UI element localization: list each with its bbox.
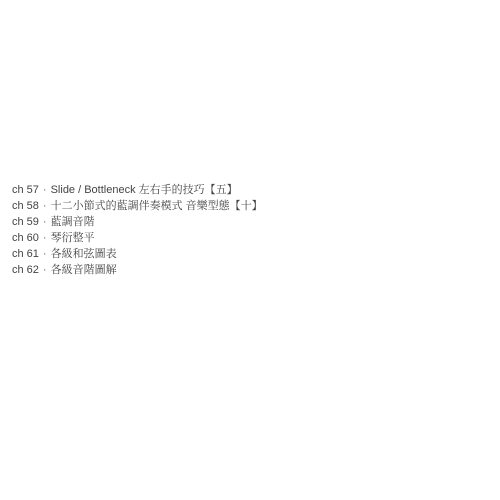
chapter-title: 各級和弦圖表 (51, 248, 117, 260)
chapter-number: ch 60 (12, 232, 39, 244)
chapter-link[interactable]: ch 62·各級音階圖解 (12, 264, 117, 276)
chapter-title: Slide / Bottleneck 左右手的技巧【五】 (51, 184, 238, 196)
chapter-link[interactable]: ch 58·十二小節式的藍調伴奏模式 音樂型態【十】 (12, 200, 263, 212)
chapter-title: 十二小節式的藍調伴奏模式 音樂型態【十】 (51, 200, 263, 212)
chapter-item[interactable]: ch 59·藍調音階 (12, 214, 263, 230)
separator: · (39, 200, 51, 212)
separator: · (39, 232, 51, 244)
chapter-title: 各級音階圖解 (51, 264, 117, 276)
chapter-item[interactable]: ch 61·各級和弦圖表 (12, 246, 263, 262)
page: ch 57·Slide / Bottleneck 左右手的技巧【五】 ch 58… (0, 0, 500, 500)
separator: · (39, 248, 51, 260)
chapter-title: 藍調音階 (51, 216, 95, 228)
chapter-item[interactable]: ch 60·琴衍整平 (12, 230, 263, 246)
chapter-item[interactable]: ch 58·十二小節式的藍調伴奏模式 音樂型態【十】 (12, 198, 263, 214)
chapter-link[interactable]: ch 59·藍調音階 (12, 216, 95, 228)
chapter-number: ch 61 (12, 248, 39, 260)
chapter-item[interactable]: ch 62·各級音階圖解 (12, 262, 263, 278)
separator: · (39, 216, 51, 228)
chapter-title: 琴衍整平 (51, 232, 95, 244)
chapter-link[interactable]: ch 61·各級和弦圖表 (12, 248, 117, 260)
chapter-number: ch 58 (12, 200, 39, 212)
chapter-link[interactable]: ch 57·Slide / Bottleneck 左右手的技巧【五】 (12, 184, 238, 196)
chapter-number: ch 62 (12, 264, 39, 276)
separator: · (39, 184, 51, 196)
chapter-number: ch 57 (12, 184, 39, 196)
chapter-list: ch 57·Slide / Bottleneck 左右手的技巧【五】 ch 58… (12, 182, 263, 278)
chapter-number: ch 59 (12, 216, 39, 228)
chapter-link[interactable]: ch 60·琴衍整平 (12, 232, 95, 244)
chapter-item[interactable]: ch 57·Slide / Bottleneck 左右手的技巧【五】 (12, 182, 263, 198)
separator: · (39, 264, 51, 276)
